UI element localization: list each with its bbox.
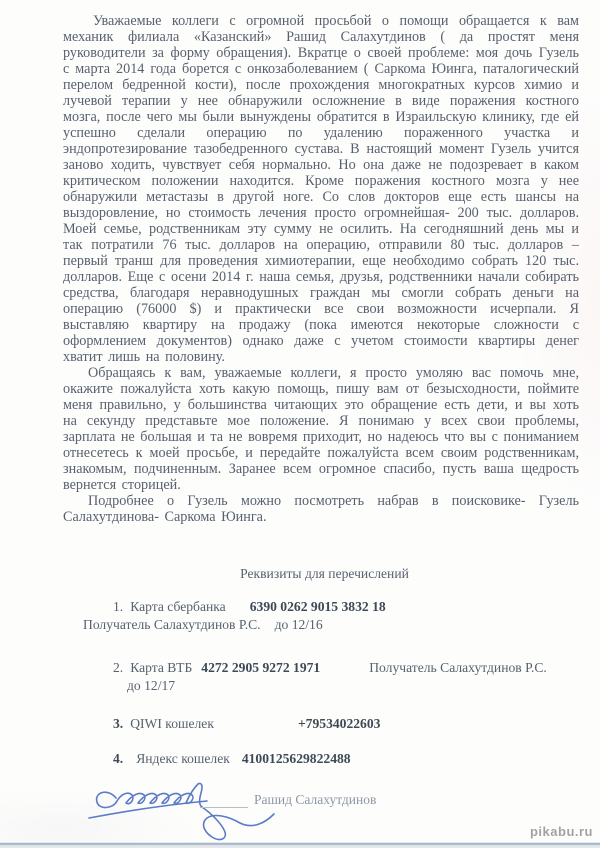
requisite-item-vtb: 2.Карта ВТБ4272 2905 9272 1971Получатель… [63,660,580,694]
item-number: 4. [113,751,123,767]
requisite-line: 3.QIWI кошелек+79534022603 [63,716,580,732]
wallet-number: +79534022603 [298,716,381,731]
requisite-line: 1.Карта сбербанка6390 0262 9015 3832 18 [63,599,580,615]
requisites-section: Реквизиты для перечислений 1.Карта сберб… [63,566,580,767]
scanned-letter-page: Уважаемые коллеги с огромной просьбой о … [0,0,600,848]
scan-edge [0,842,600,848]
card-validity: до 12/17 [127,678,175,693]
letter-body: Уважаемые коллеги с огромной просьбой о … [63,13,579,565]
item-label: Карта сбербанка [130,599,226,614]
card-number: 6390 0262 9015 3832 18 [250,599,386,614]
requisite-line: Получатель Салахутдинов Р.С.до 12/16 [63,617,580,633]
card-validity: до 12/16 [275,617,323,633]
letter-paragraph-1: Уважаемые коллеги с огромной просьбой о … [63,13,579,365]
recipient-name: Получатель Салахутдинов Р.С. [369,660,547,676]
requisite-line: 4.Яндекс кошелек4100125629822488 [63,751,580,767]
signature-printed-name: Рашид Салахутдинов [254,792,376,808]
item-label: Карта ВТБ [130,660,192,675]
watermark: pikabu.ru [530,824,593,839]
requisite-line: 2.Карта ВТБ4272 2905 9272 1971Получатель… [63,660,580,676]
item-number: 2. [113,660,123,676]
wallet-number: 4100125629822488 [242,751,351,766]
requisite-item-sberbank: 1.Карта сбербанка6390 0262 9015 3832 18 … [63,599,580,633]
requisite-item-yandex: 4.Яндекс кошелек4100125629822488 [63,751,580,767]
letter-paragraph-2: Обращаясь к вам, уважаемые коллеги, я пр… [63,365,579,493]
item-label: QIWI кошелек [130,716,214,731]
item-label: Яндекс кошелек [136,751,230,766]
requisites-title: Реквизиты для перечислений [69,566,580,582]
item-number: 1. [113,599,123,615]
requisite-item-qiwi: 3.QIWI кошелек+79534022603 [63,716,580,732]
signature-block: Рашид Салахутдинов [86,782,446,848]
recipient-name: Получатель Салахутдинов Р.С. [83,617,261,632]
letter-paragraph-3: Подробнее о Гузель можно посмотреть набр… [63,493,579,525]
item-number: 3. [113,716,123,732]
requisite-line: до 12/17 [63,678,580,694]
signature-line [200,807,248,808]
card-number: 4272 2905 9272 1971 [201,660,320,675]
